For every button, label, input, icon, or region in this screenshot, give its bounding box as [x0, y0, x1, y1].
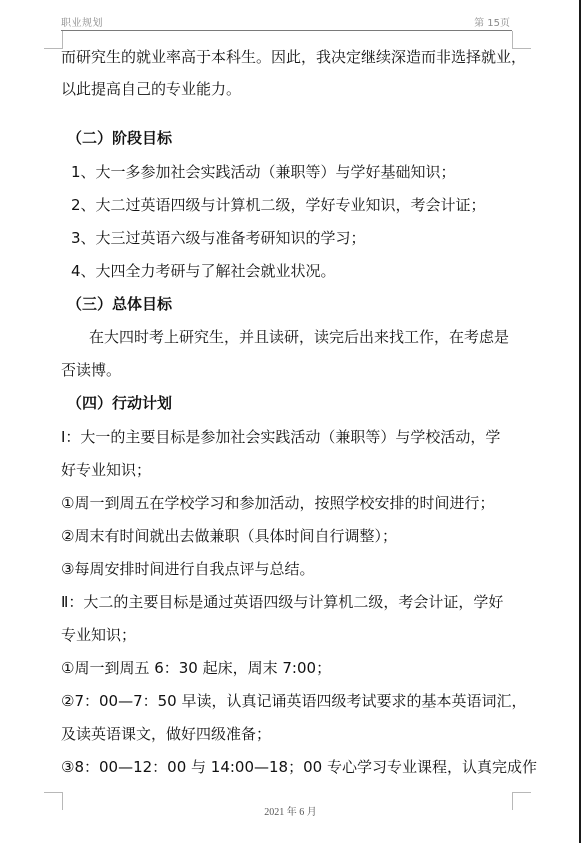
- paragraph-line: 在大四时考上研究生，并且读研，读完后出来找工作，在考虑是: [89, 327, 509, 347]
- list-item: ②7：00—7：50 早读，认真记诵英语四级考试要求的基本英语词汇，: [61, 691, 526, 711]
- list-item: ③每周安排时间进行自我点评与总结。: [61, 559, 314, 579]
- paragraph-line: 专业知识；: [61, 625, 136, 645]
- list-item: 2、大二过英语四级与计算机二级，学好专业知识，考会计证；: [71, 195, 486, 215]
- header-rule: [61, 30, 512, 31]
- footer-date: 2021 年 6 月: [0, 803, 581, 818]
- list-item: 3、大三过英语六级与准备考研知识的学习；: [71, 228, 366, 248]
- header-title: 职业规划: [61, 14, 103, 29]
- list-item: 及读英语课文，做好四级准备；: [61, 724, 271, 744]
- list-item: ②周末有时间就出去做兼职（具体时间自行调整）；: [61, 526, 397, 546]
- paragraph-line: 而研究生的就业率高于本科生。因此，我决定继续深造而非选择就业，: [61, 47, 526, 67]
- section-heading-overall-goal: （三）总体目标: [67, 294, 172, 314]
- list-item: ③8：00—12：00 与 14:00—18；00 专心学习专业课程，认真完成作: [61, 757, 537, 777]
- list-item: ①周一到周五在学校学习和参加活动，按照学校安排的时间进行；: [61, 493, 494, 513]
- list-item: 4、大四全力考研与了解社会就业状况。: [71, 261, 336, 281]
- section-heading-action-plan: （四）行动计划: [67, 393, 172, 413]
- paragraph-line: 好专业知识；: [61, 460, 151, 480]
- header-page-number: 第 15页: [474, 14, 510, 29]
- paragraph-line: Ⅱ：大二的主要目标是通过英语四级与计算机二级，考会计证，学好: [61, 592, 503, 612]
- section-heading-stage-goals: （二）阶段目标: [67, 128, 172, 148]
- paragraph-line: 否读博。: [61, 360, 121, 380]
- list-item: ①周一到周五 6：30 起床，周末 7:00；: [61, 658, 331, 678]
- list-item: 1、大一多参加社会实践活动（兼职等）与学好基础知识；: [71, 162, 456, 182]
- paragraph-line: 以此提高自己的专业能力。: [61, 79, 241, 99]
- paragraph-line: I：大一的主要目标是参加社会实践活动（兼职等）与学校活动，学: [61, 427, 500, 447]
